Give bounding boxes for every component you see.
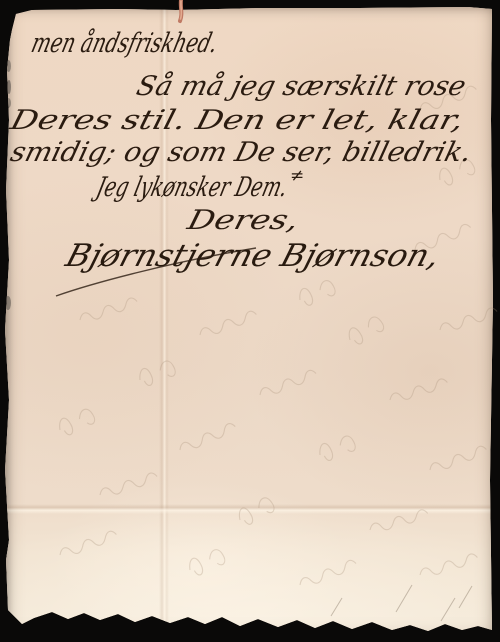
- pencil-marks: [331, 585, 472, 621]
- binding-thread: [180, 0, 181, 21]
- scanned-letter: men åndsfriskhed. Så må jeg særskilt ros…: [0, 0, 500, 642]
- handwriting: men åndsfriskhed. Så må jeg særskilt ros…: [6, 27, 475, 296]
- handwriting-line-5: Jeg lykønsker Dem.: [90, 172, 291, 203]
- handwriting-line-2: Så må jeg særskilt rose: [133, 70, 469, 102]
- handwriting-line-1: men åndsfriskhed.: [28, 27, 221, 59]
- footnote-mark: ≠: [290, 166, 304, 186]
- scan-overlay: men åndsfriskhed. Så må jeg særskilt ros…: [0, 0, 500, 642]
- handwriting-line-4: smidig; og som De ser, billedrik.: [7, 137, 475, 168]
- handwriting-line-3: Deres stil. Den er let, klar,: [6, 105, 467, 136]
- handwriting-line-6: Deres,: [183, 205, 302, 236]
- signature: Bjørnstjerne Bjørnson,: [61, 239, 444, 274]
